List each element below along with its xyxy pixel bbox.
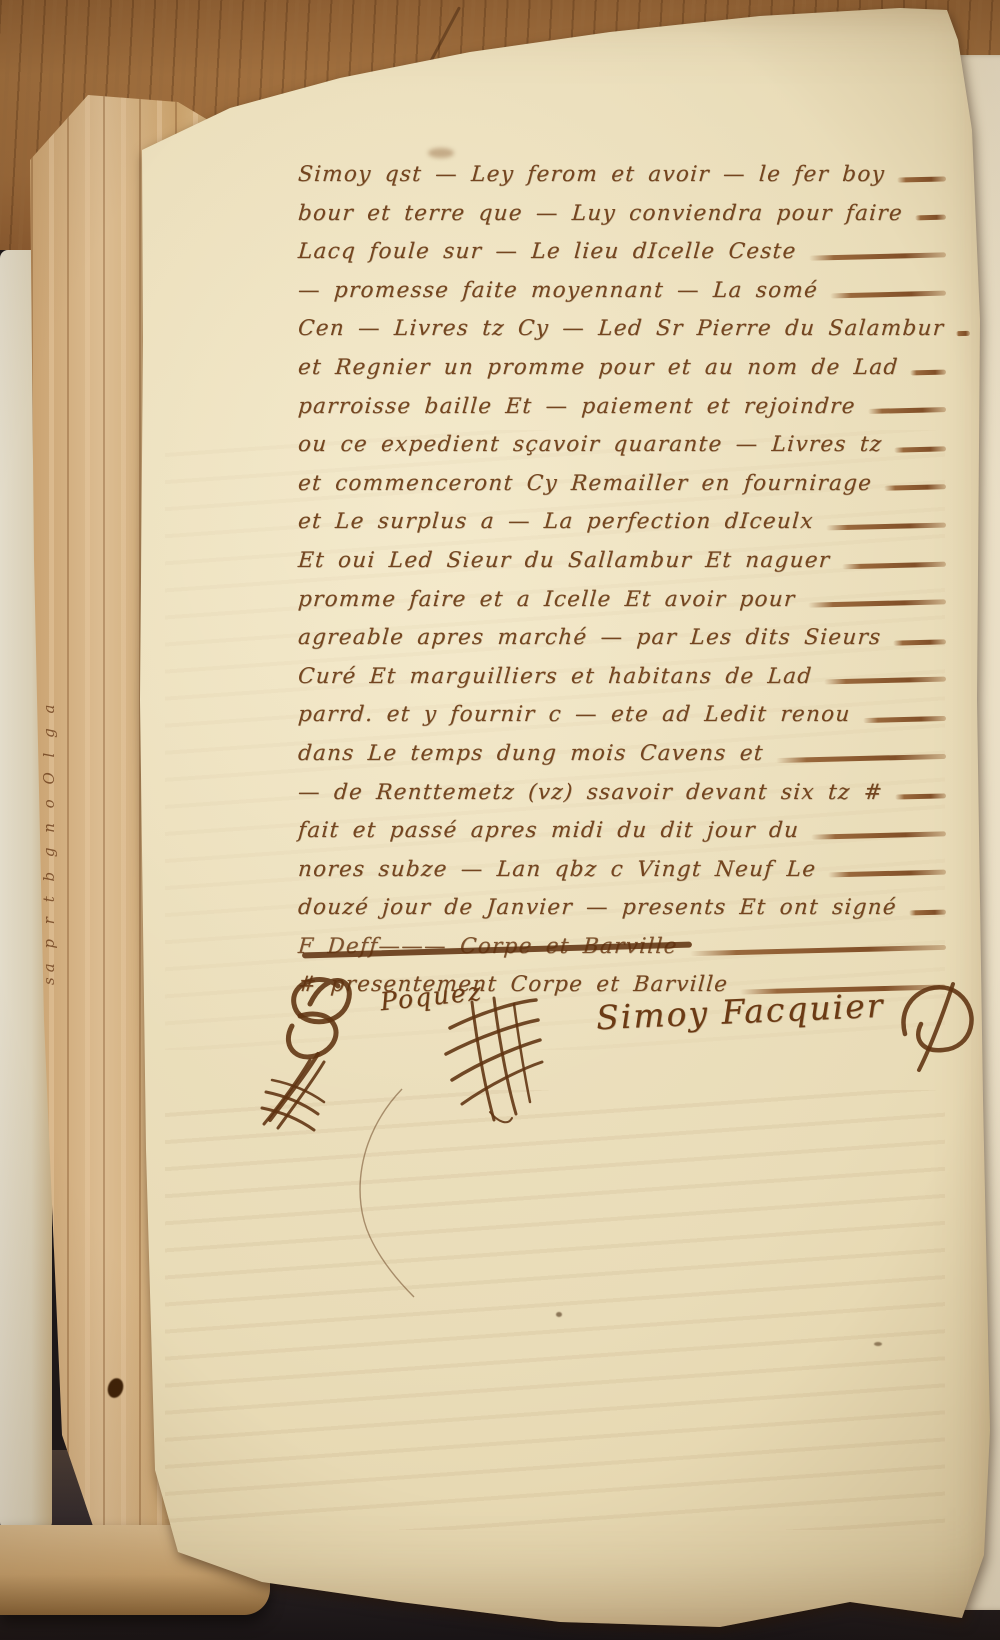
manuscript-line: Et oui Led Sieur du Sallambur Et naguer xyxy=(298,542,946,581)
line-filler-stroke xyxy=(830,291,946,299)
stray-ink-line xyxy=(330,1075,460,1315)
line-text: et Le surplus a — La perfection dIceulx xyxy=(297,503,815,542)
ink-speck xyxy=(556,1312,562,1317)
line-filler-stroke xyxy=(893,639,946,645)
manuscript-line: bour et terre que — Luy conviendra pour … xyxy=(298,195,946,234)
signature-paraph-right xyxy=(893,972,988,1077)
line-filler-stroke xyxy=(811,831,946,839)
line-filler-stroke xyxy=(807,599,946,607)
manuscript-line: et commenceront Cy Remailler en fournira… xyxy=(298,465,946,504)
line-filler-stroke xyxy=(862,716,946,723)
line-text: Simoy qst — Ley ferom et avoir — le fer … xyxy=(297,156,887,195)
line-filler-stroke xyxy=(894,446,946,452)
line-text: Et oui Led Sieur du Sallambur Et naguer xyxy=(297,542,832,581)
line-filler-stroke xyxy=(897,176,946,182)
manuscript-line: douzé jour de Janvier — presents Et ont … xyxy=(298,889,946,928)
line-text: douzé jour de Janvier — presents Et ont … xyxy=(297,889,899,928)
line-filler-stroke xyxy=(884,485,946,492)
line-text: F Deff——— Corpe et Barville xyxy=(297,928,679,967)
line-filler-stroke xyxy=(910,369,946,375)
manuscript-line: et Le surplus a — La perfection dIceulx xyxy=(298,503,946,542)
line-text: Lacq foule sur — Le lieu dIcelle Ceste xyxy=(297,233,798,272)
line-text: dans Le temps dung mois Cavens et xyxy=(297,735,765,774)
manuscript-lines: Simoy qst — Ley ferom et avoir — le fer … xyxy=(298,156,946,1005)
ink-speck xyxy=(874,1342,882,1346)
line-text: — promesse faite moyennant — La somé xyxy=(297,272,820,311)
line-text: bour et terre que — Luy conviendra pour … xyxy=(297,195,905,234)
manuscript-line: ou ce expedient sçavoir quarante — Livre… xyxy=(298,426,946,465)
line-filler-stroke xyxy=(956,331,970,336)
line-text: parroisse baille Et — paiement et rejoin… xyxy=(297,388,857,427)
manuscript-line: Simoy qst — Ley ferom et avoir — le fer … xyxy=(298,156,946,195)
manuscript-line: nores subze — Lan qbz c Vingt Neuf Le xyxy=(298,851,946,890)
line-text: nores subze — Lan qbz c Vingt Neuf Le xyxy=(297,851,818,890)
manuscript-line: F Deff——— Corpe et Barville xyxy=(298,928,946,967)
ink-smudge xyxy=(428,148,454,158)
line-text: parrd. et y fournir c — ete ad Ledit ren… xyxy=(297,696,852,735)
line-text: et commenceront Cy Remailler en fournira… xyxy=(297,465,874,504)
line-filler-stroke xyxy=(915,215,946,221)
marginal-inscription: sa p r t b g n o O l g a xyxy=(40,425,58,985)
line-text: Curé Et marguilliers et habitans de Lad xyxy=(297,658,814,697)
manuscript-line: Curé Et marguilliers et habitans de Lad xyxy=(298,658,946,697)
line-filler-stroke xyxy=(868,407,946,414)
line-filler-stroke xyxy=(909,909,946,915)
line-filler-stroke xyxy=(824,677,946,685)
line-text: promme faire et a Icelle Et avoir pour xyxy=(297,581,797,620)
manuscript-line: dans Le temps dung mois Cavens et xyxy=(298,735,946,774)
manuscript-line: et Regnier un promme pour et au nom de L… xyxy=(298,349,946,388)
manuscript-line: fait et passé apres midi du dit jour du xyxy=(298,812,946,851)
manuscript-photo: Simoy qst — Ley ferom et avoir — le fer … xyxy=(0,0,1000,1640)
line-text: — de Renttemetz (vz) ssavoir devant six … xyxy=(297,774,885,813)
line-text: agreable apres marché — par Les dits Sie… xyxy=(297,619,883,658)
line-filler-stroke xyxy=(828,870,946,878)
manuscript-line: agreable apres marché — par Les dits Sie… xyxy=(298,619,946,658)
line-text: ou ce expedient sçavoir quarante — Livre… xyxy=(297,426,884,465)
manuscript-line: promme faire et a Icelle Et avoir pour xyxy=(298,581,946,620)
manuscript-line: — de Renttemetz (vz) ssavoir devant six … xyxy=(298,774,946,813)
line-filler-stroke xyxy=(809,252,947,260)
line-filler-stroke xyxy=(826,522,946,530)
line-filler-stroke xyxy=(690,945,946,956)
manuscript-line: parrd. et y fournir c — ete ad Ledit ren… xyxy=(298,696,946,735)
line-filler-stroke xyxy=(842,561,946,569)
manuscript-line: Lacq foule sur — Le lieu dIcelle Ceste xyxy=(298,233,946,272)
manuscript-line: parroisse baille Et — paiement et rejoin… xyxy=(298,388,946,427)
line-text: fait et passé apres midi du dit jour du xyxy=(297,812,801,851)
line-filler-stroke xyxy=(895,793,946,799)
line-filler-stroke xyxy=(776,753,946,762)
line-text: Cen — Livres tz Cy — Led Sr Pierre du Sa… xyxy=(297,310,946,349)
line-text: et Regnier un promme pour et au nom de L… xyxy=(297,349,900,388)
manuscript-line: Cen — Livres tz Cy — Led Sr Pierre du Sa… xyxy=(298,310,946,349)
manuscript-line: — promesse faite moyennant — La somé xyxy=(298,272,946,311)
